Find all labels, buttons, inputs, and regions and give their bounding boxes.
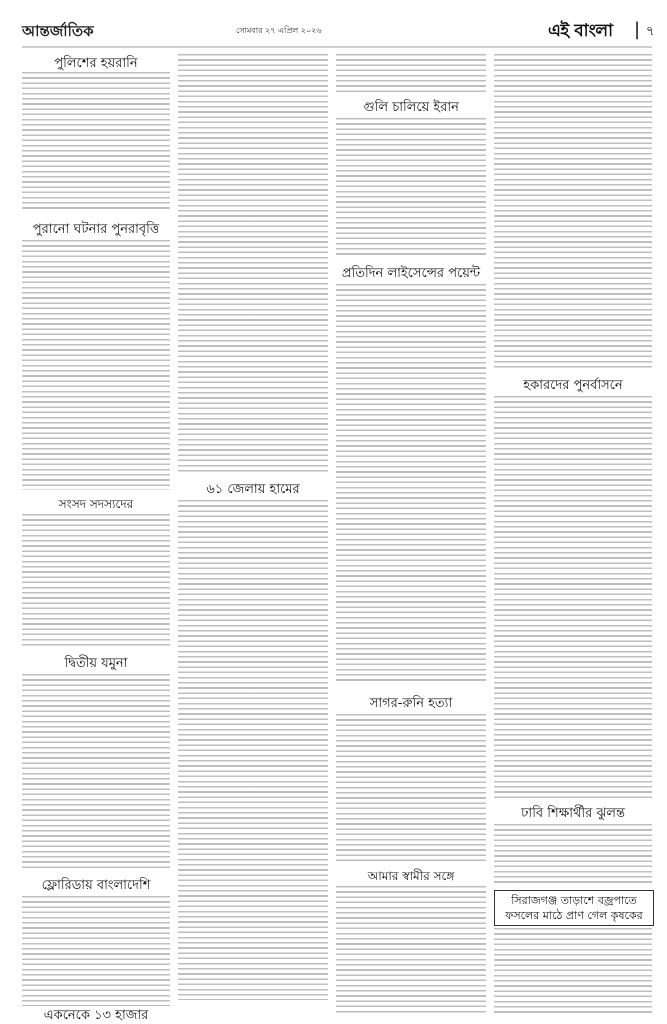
column-1: পুলিশের হয়রানি পুরানো ঘটনার পুনরাবৃত্তি…: [22, 54, 170, 1014]
article-body: [336, 118, 486, 258]
headline: আমার স্বামীর সঙ্গে: [336, 868, 486, 888]
page-number: ৭: [646, 22, 654, 43]
article-body: [494, 396, 652, 798]
divider: |: [634, 19, 640, 40]
article-body: [494, 824, 652, 884]
boxed-headline: সিরাজগঞ্জ তাড়াশে বজ্রপাতে ফসলের মাঠে প্…: [494, 890, 654, 926]
headline: গুলি চালিয়ে ইরান: [336, 98, 486, 119]
article-body: [22, 240, 170, 490]
article-body: [336, 284, 486, 684]
article-body: [178, 500, 328, 1000]
headline: ঢাবি শিক্ষার্থীর ঝুলন্ত: [494, 804, 652, 825]
column-2: ৬১ জেলায় হামের: [178, 54, 328, 1014]
article-body: [22, 514, 170, 649]
article-body: [336, 54, 486, 94]
headline: হকারদের পুনর্বাসনে: [494, 376, 652, 397]
column-4: হকারদের পুনর্বাসনে ঢাবি শিক্ষার্থীর ঝুলন…: [494, 54, 652, 1014]
headline: সাগর-রুনি হত্যা: [336, 694, 486, 715]
logo-text: এই বাংলা: [548, 21, 613, 41]
article-body: [494, 928, 652, 1014]
header-rule: [22, 46, 652, 48]
article-body: [336, 714, 486, 864]
article-body: [178, 54, 328, 474]
headline: প্রতিদিন লাইসেন্সের পয়েন্ট: [336, 264, 486, 285]
article-body: [22, 896, 170, 1006]
article-body: [336, 886, 486, 1016]
headline: ফ্লোরিডায় বাংলাদেশি: [22, 876, 170, 897]
headline: দ্বিতীয় যমুনা: [22, 654, 170, 675]
article-body: [22, 72, 170, 212]
masthead: আন্তর্জাতিক সোমবার ২৭ এপ্রিল ২০২৬ এই বাং…: [0, 18, 667, 44]
issue-date: সোমবার ২৭ এপ্রিল ২০২৬: [236, 25, 322, 38]
headline: সংসদ সদস্যদের: [22, 496, 170, 516]
newspaper-logo: এই বাংলা: [548, 18, 613, 46]
article-body: [22, 674, 170, 870]
section-name: আন্তর্জাতিক: [22, 20, 94, 45]
headline: ৬১ জেলায় হামের: [178, 480, 328, 501]
banner-headline: সিরাজগঞ্জ তাড়াশে বজ্রপাতে ফসলের মাঠে প্…: [495, 891, 653, 923]
headline: একনেকে ১৩ হাজার: [22, 1006, 170, 1024]
column-3: গুলি চালিয়ে ইরান প্রতিদিন লাইসেন্সের পয…: [336, 54, 486, 1014]
article-body: [494, 54, 652, 370]
headline: পুরানো ঘটনার পুনরাবৃত্তি: [22, 220, 170, 241]
